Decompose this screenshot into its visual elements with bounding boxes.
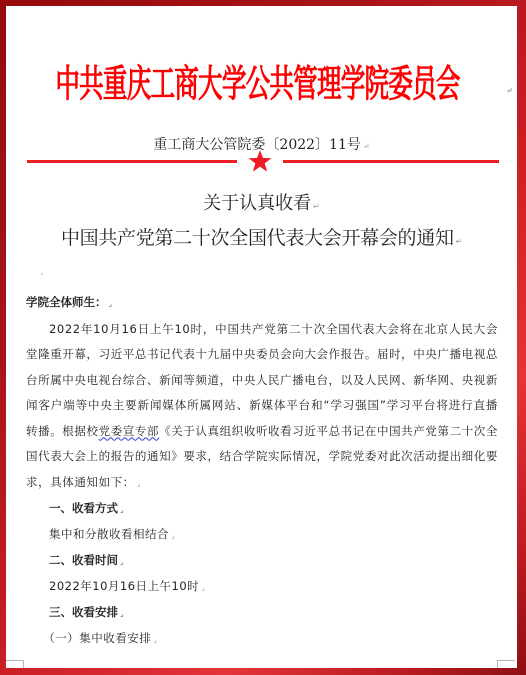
paragraph-mark-icon: ↵ [313, 202, 320, 211]
red-divider-right [283, 160, 499, 163]
section-heading: 一、收看方式⌟ [26, 496, 498, 522]
paragraph-mark-icon: ↵ [363, 142, 370, 151]
paragraph-mark-icon: ⌟ [109, 299, 113, 308]
page-corner-mark-right [497, 660, 515, 668]
red-divider-left [27, 160, 237, 163]
paragraph-mark-icon: ⌟ [153, 635, 157, 644]
paragraph-mark-icon: ⌟ [201, 583, 205, 592]
paragraph-mark-icon: ⌟ [137, 479, 141, 488]
paragraph-mark-icon: ↵ [506, 85, 512, 95]
salutation: 学院全体师生：⌟ [26, 290, 498, 317]
intro-paragraph: 2022年10月16日上午10时，中国共产党第二十次全国代表大会将在北京人民大会… [26, 317, 498, 497]
notice-body: 学院全体师生：⌟ 2022年10月16日上午10时，中国共产党第二十次全国代表大… [26, 290, 498, 652]
document-page: 中共重庆工商大学公共管理学院委员会↵ 重工商大公管院委〔2022〕11号↵ 关于… [6, 6, 517, 668]
section-content: 2022年10月16日上午10时⌟ [26, 574, 498, 600]
paragraph-mark-icon: ⌟ [120, 557, 124, 566]
notice-subject-line-1: 关于认真收看↵ [6, 189, 517, 215]
section-heading: 三、收看安排⌟ [26, 600, 498, 626]
section-content: （一）集中收看安排⌟ [26, 626, 498, 652]
section-heading: 二、收看时间⌟ [26, 548, 498, 574]
notice-subject-line-2: 中国共产党第二十次全国代表大会开幕会的通知↵ [6, 223, 517, 250]
spellcheck-flagged-text[interactable]: 党委宣专部 [99, 424, 160, 438]
page-corner-mark-left [6, 660, 24, 668]
issuing-organization-title: 中共重庆工商大学公共管理学院委员会↵ [6, 58, 517, 102]
empty-paragraph-mark-icon: ⌟ [40, 268, 43, 276]
red-star-icon [248, 149, 272, 173]
paragraph-mark-icon: ⌟ [171, 531, 175, 540]
section-content: 集中和分散收看相结合⌟ [26, 522, 498, 548]
paragraph-mark-icon: ⌟ [120, 505, 124, 514]
paragraph-mark-icon: ↵ [456, 237, 462, 246]
paragraph-mark-icon: ⌟ [120, 609, 124, 618]
